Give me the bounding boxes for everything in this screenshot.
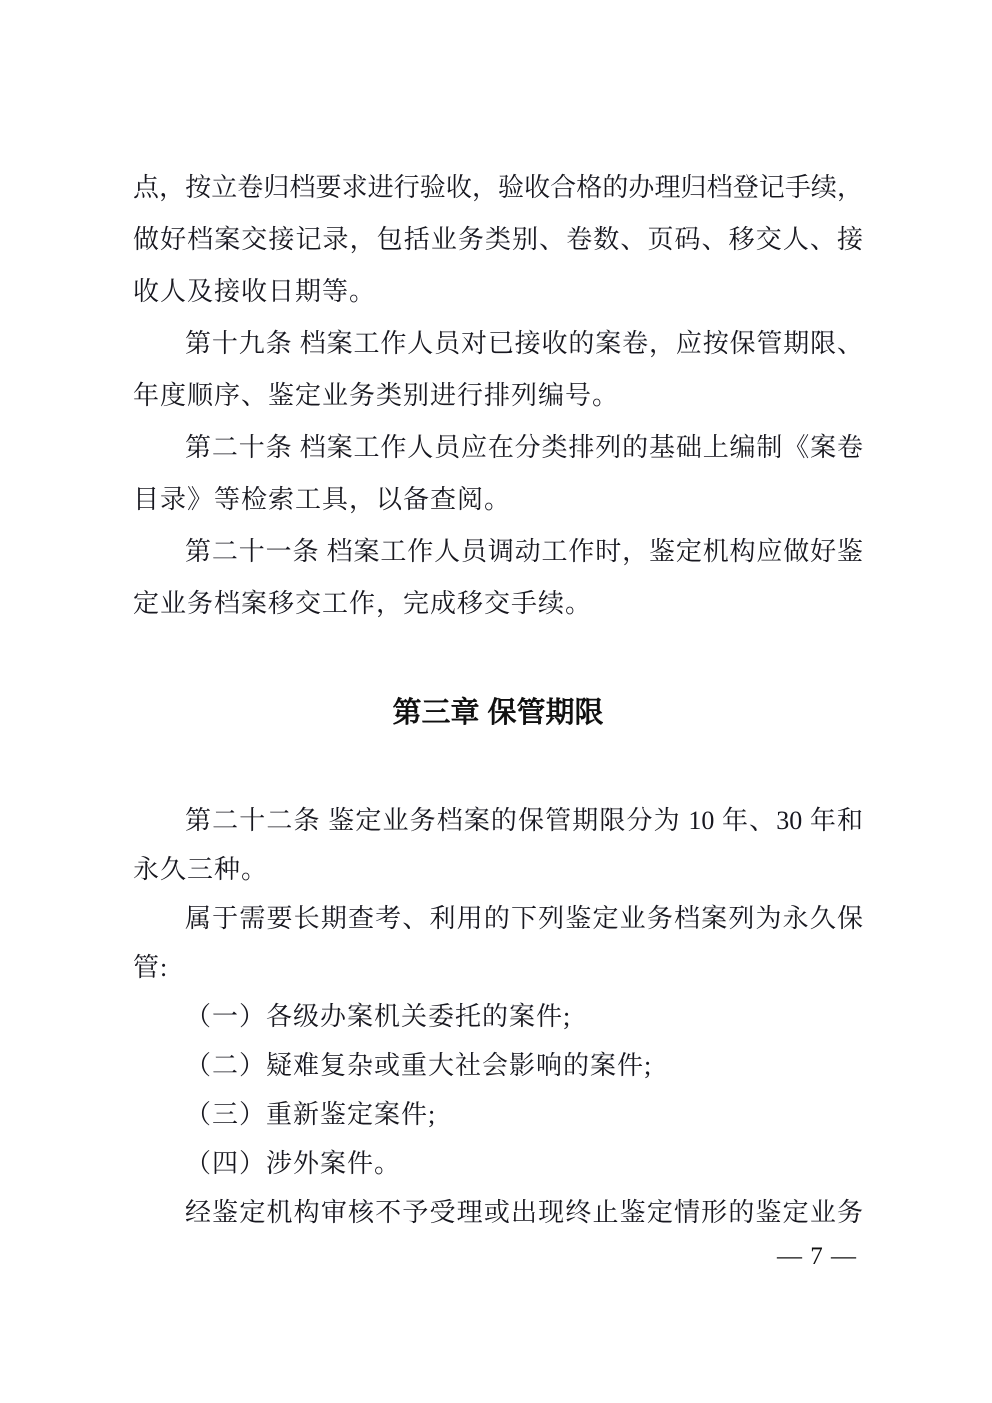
chapter-heading: 第三章 保管期限: [133, 686, 863, 740]
body-line: 属于需要长期查考、利用的下列鉴定业务档案列为永久保: [133, 894, 863, 943]
document-page: 点，按立卷归档要求进行验收，验收合格的办理归档登记手续， 做好档案交接记录，包括…: [0, 0, 992, 1403]
page-number: — 7 —: [133, 1237, 863, 1277]
list-item-2: （二）疑难复杂或重大社会影响的案件;: [133, 1041, 863, 1090]
body-line: 点，按立卷归档要求进行验收，验收合格的办理归档登记手续，: [133, 162, 863, 214]
section-chapter3-paragraphs: 第二十二条 鉴定业务档案的保管期限分为 10 年、30 年和 永久三种。 属于需…: [133, 796, 863, 1277]
list-item-1: （一）各级办案机关委托的案件;: [133, 992, 863, 1041]
body-line: 目录》等检索工具，以备查阅。: [133, 474, 863, 526]
list-item-3: （三）重新鉴定案件;: [133, 1090, 863, 1139]
article-20-line: 第二十条 档案工作人员应在分类排列的基础上编制《案卷: [133, 422, 863, 474]
body-line: 永久三种。: [133, 845, 863, 894]
article-21-line: 第二十一条 档案工作人员调动工作时，鉴定机构应做好鉴: [133, 526, 863, 578]
document-text-block: 点，按立卷归档要求进行验收，验收合格的办理归档登记手续， 做好档案交接记录，包括…: [133, 162, 863, 1277]
body-line: 定业务档案移交工作，完成移交手续。: [133, 578, 863, 630]
list-item-4: （四）涉外案件。: [133, 1139, 863, 1188]
body-line: 收人及接收日期等。: [133, 266, 863, 318]
body-line: 管:: [133, 943, 863, 992]
body-line: 经鉴定机构审核不予受理或出现终止鉴定情形的鉴定业务: [133, 1188, 863, 1237]
article-22-line: 第二十二条 鉴定业务档案的保管期限分为 10 年、30 年和: [133, 796, 863, 845]
article-19-line: 第十九条 档案工作人员对已接收的案卷，应按保管期限、: [133, 318, 863, 370]
body-line: 做好档案交接记录，包括业务类别、卷数、页码、移交人、接: [133, 214, 863, 266]
section-chapter2-paragraphs: 点，按立卷归档要求进行验收，验收合格的办理归档登记手续， 做好档案交接记录，包括…: [133, 162, 863, 630]
body-line: 年度顺序、鉴定业务类别进行排列编号。: [133, 370, 863, 422]
